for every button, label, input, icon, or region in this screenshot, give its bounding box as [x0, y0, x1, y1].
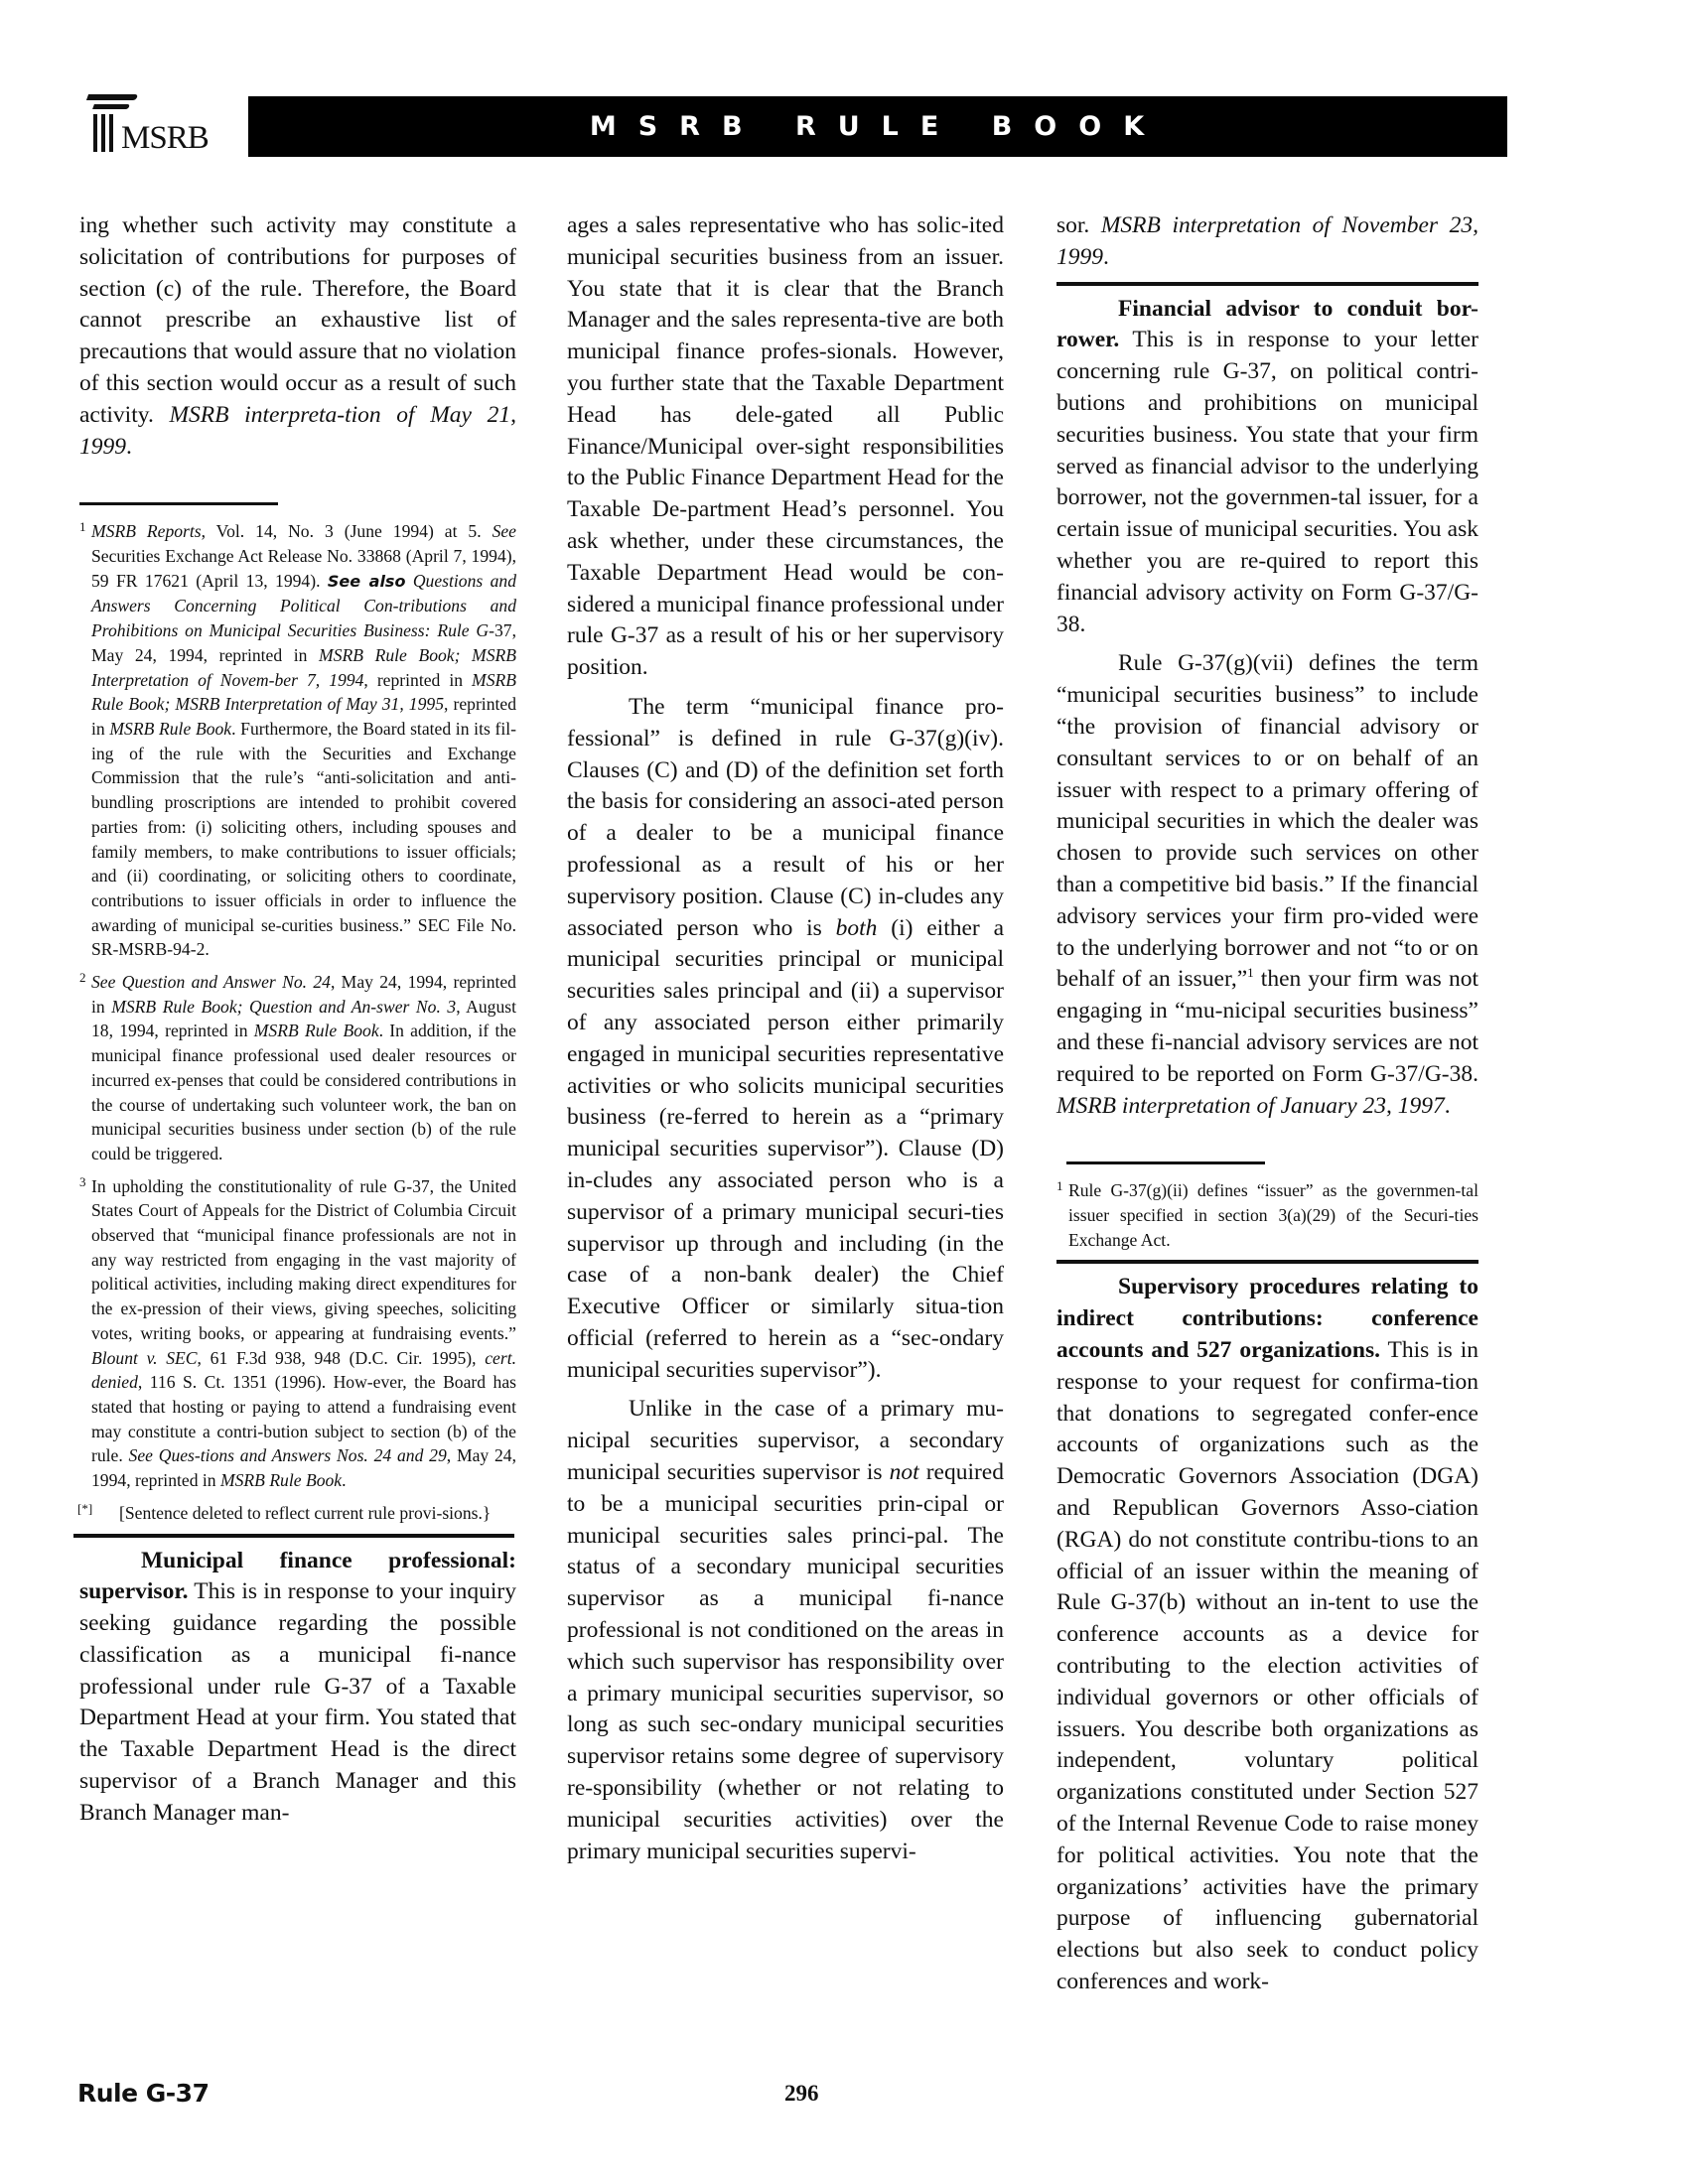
paragraph: The term “municipal finance pro-fessiona… — [567, 692, 1004, 1387]
footnote-3: 3In upholding the constitutionality of r… — [79, 1174, 516, 1493]
section-mfp-supervisor: Municipal finance professional: supervis… — [79, 1546, 516, 1830]
footnote-deleted: [*][Sentence deleted to reflect current … — [79, 1501, 516, 1526]
paragraph: sor. MSRB interpretation of November 23,… — [1056, 210, 1478, 274]
column-capital-icon — [86, 94, 138, 100]
section-divider — [1056, 1260, 1478, 1264]
footnote-mark: 3 — [79, 1170, 86, 1195]
section-divider — [1056, 282, 1478, 286]
column-shaft-icon — [101, 114, 105, 152]
section-financial-advisor: Financial advisor to conduit bor-rower. … — [1056, 294, 1478, 641]
logo-text: MSRB — [121, 122, 209, 155]
msrb-logo: MSRB — [83, 94, 242, 154]
footnote-1: 1Rule G-37(g)(ii) defines “issuer” as th… — [1056, 1178, 1478, 1252]
footnote-mark: 1 — [79, 515, 86, 540]
section-divider — [73, 1534, 514, 1538]
footnote-divider — [79, 502, 278, 505]
section-supervisory-procedures: Supervisory procedures relating to indir… — [1056, 1272, 1478, 1997]
header-banner: MSRB RULE BOOK — [248, 96, 1507, 157]
column-2: ages a sales representative who has soli… — [567, 210, 1004, 1867]
banner-title: MSRB RULE BOOK — [590, 111, 1166, 142]
column-shaft-icon — [93, 114, 97, 152]
footnote-mark: 1 — [1056, 1174, 1063, 1199]
see-also-label: See also — [328, 572, 406, 591]
paragraph: ing whether such activity may constitute… — [79, 210, 516, 463]
paragraph: Unlike in the case of a primary mu-nicip… — [567, 1394, 1004, 1867]
column-1: ing whether such activity may constitute… — [79, 210, 516, 1830]
column-3: sor. MSRB interpretation of November 23,… — [1056, 210, 1478, 1998]
footnote-1: 1MSRB Reports, Vol. 14, No. 3 (June 1994… — [79, 519, 516, 962]
citation: MSRB interpretation of November 23, 1999 — [1056, 212, 1478, 270]
footnote-2: 2See Question and Answer No. 24, May 24,… — [79, 970, 516, 1166]
footnote-mark: [*] — [77, 1497, 92, 1522]
footnote-divider — [1066, 1161, 1265, 1164]
page-number: 296 — [784, 2081, 819, 2107]
paragraph: Rule G-37(g)(vii) defines the term “muni… — [1056, 648, 1478, 1122]
paragraph: ages a sales representative who has soli… — [567, 210, 1004, 684]
citation: MSRB interpretation of January 23, 1997 — [1056, 1093, 1445, 1119]
column-capital-icon — [92, 104, 130, 109]
column-shaft-icon — [109, 114, 113, 152]
footer-rule-label: Rule G-37 — [77, 2079, 209, 2108]
footnote-mark: 2 — [79, 966, 86, 991]
